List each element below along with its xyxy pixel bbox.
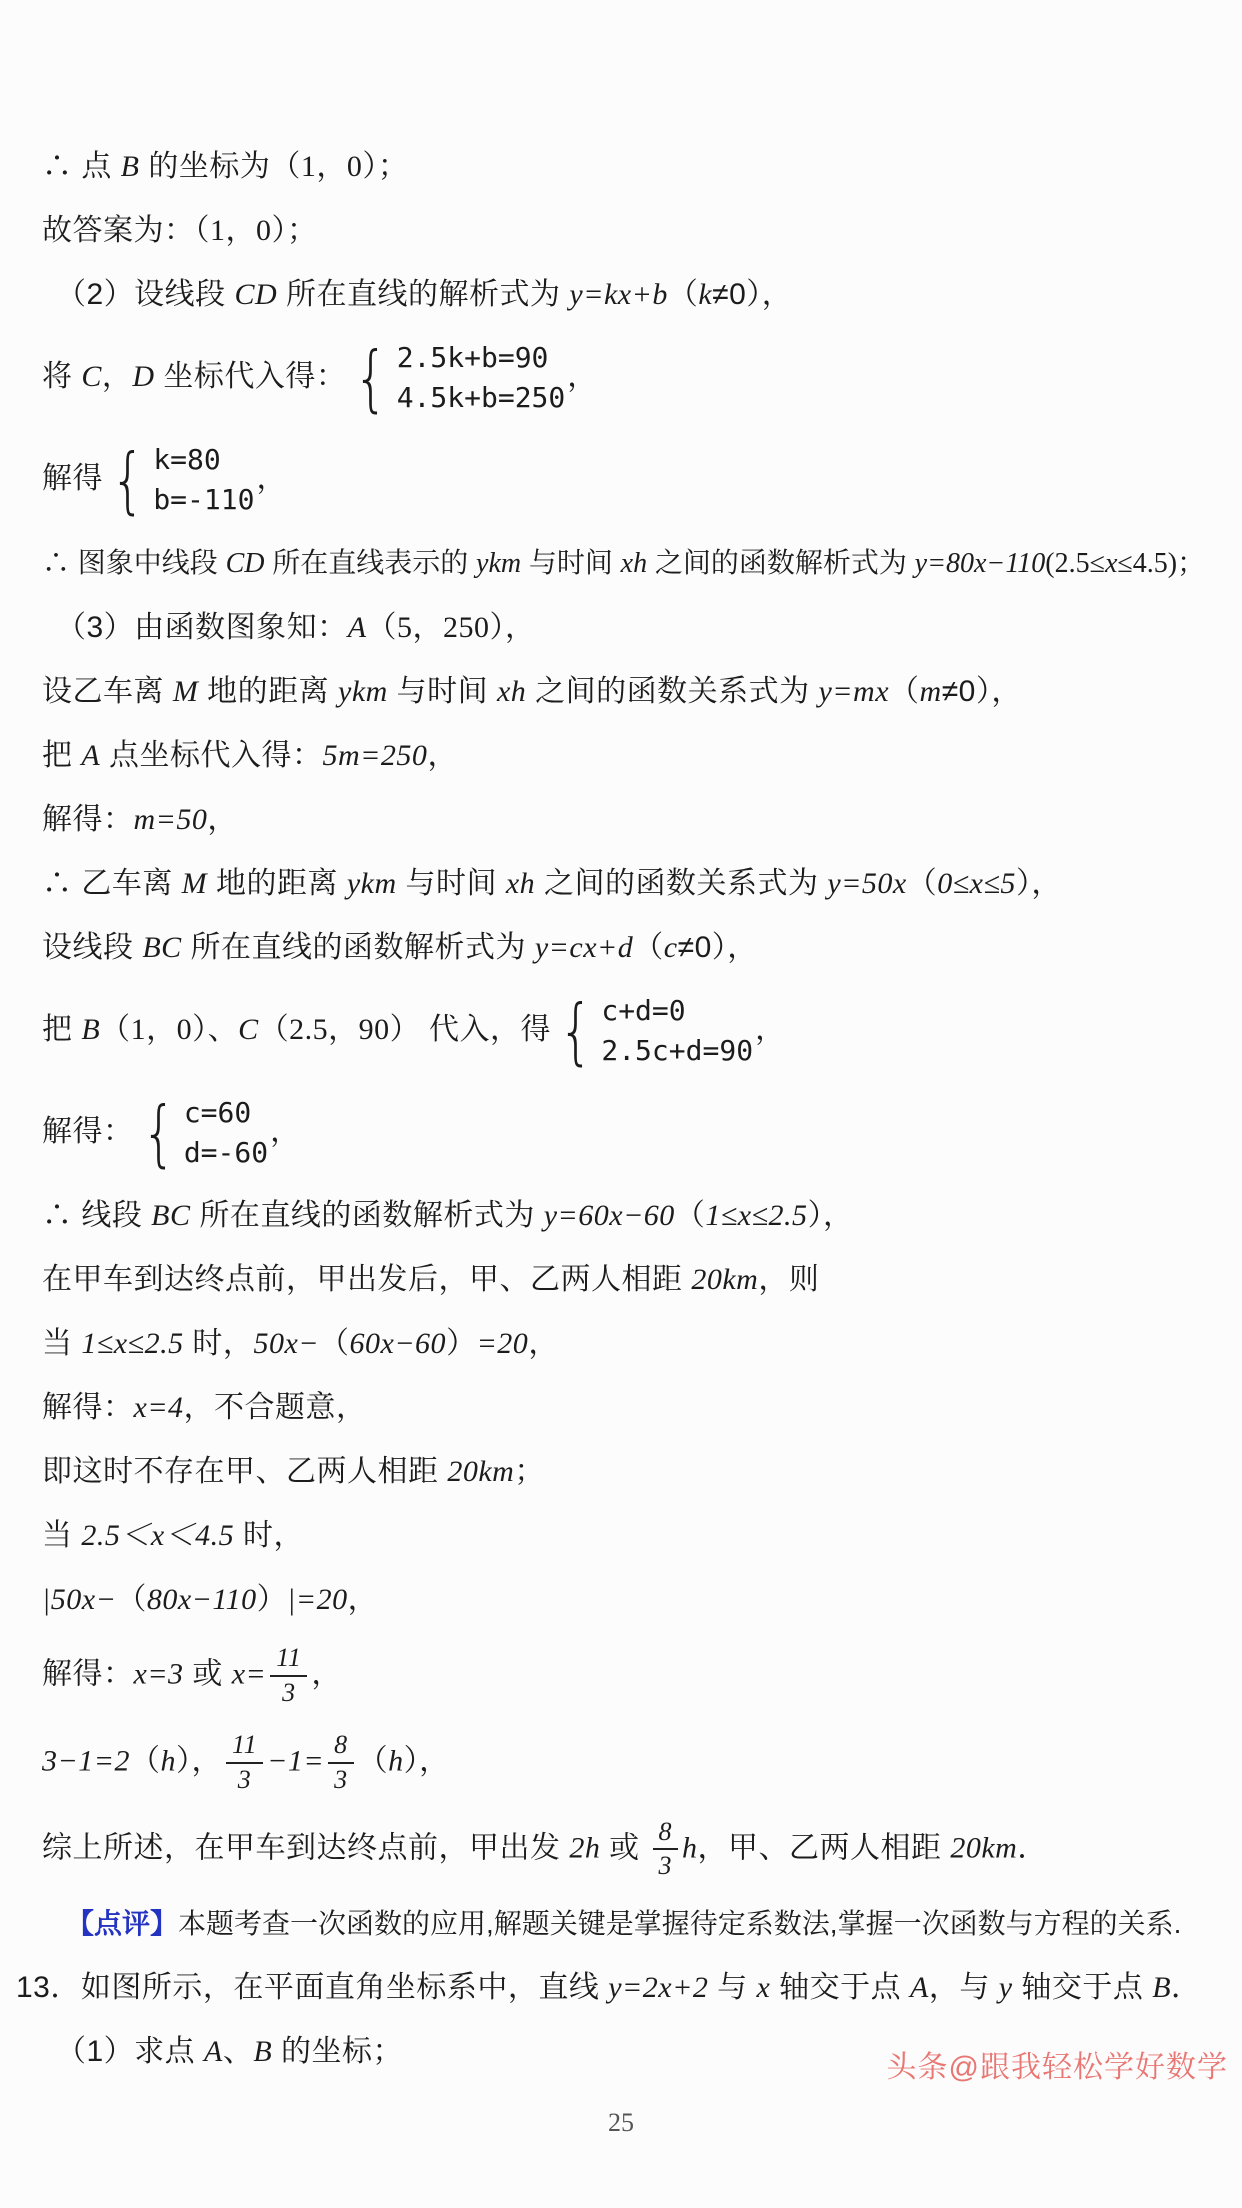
math-text: A (910, 1971, 929, 2004)
text-segment: ∴ 线段 (42, 1199, 151, 1232)
substitute-a: 把 A 点坐标代入得：5m=250， (42, 735, 1226, 777)
math-text: B (253, 2035, 272, 2068)
text-segment: 之间的函数关系式为 (526, 675, 818, 708)
math-text: A (204, 2035, 223, 2068)
text-segment: 解得 (42, 462, 103, 495)
text-segment: 所在直线的解析式为 (277, 278, 569, 311)
math-text: 20km (447, 1455, 514, 1488)
text-segment: 综上所述，在甲车到达终点前，甲出发 (42, 1831, 569, 1864)
math-fraction: 83 (328, 1730, 354, 1795)
distance-condition: 在甲车到达终点前，甲出发后，甲、乙两人相距 20km，则 (42, 1259, 1226, 1301)
text-segment: ． (1171, 1971, 1202, 2004)
math-text: ykm (347, 867, 397, 900)
solve-m: 解得：m=50， (42, 799, 1226, 841)
equation-system: {k=80b=-110 (105, 440, 254, 520)
text-segment: 的坐标； (272, 2035, 403, 2068)
equation-rows: c=60d=-60 (184, 1094, 268, 1172)
text-segment: 时， (234, 1519, 304, 1552)
text-segment: 与时间 (521, 547, 621, 578)
math-text: |50x− (42, 1583, 116, 1616)
case2-equation: |50x−（80x−110）|=20， (42, 1579, 1226, 1621)
text-segment: 本题考查一次函数的应用,解题关键是掌握待定系数法,掌握一次函数与方程的关系. (178, 1908, 1181, 1939)
math-text: D (132, 360, 154, 393)
equation-row: 4.5k+b=250 (397, 379, 566, 417)
equation-row: c=60 (184, 1094, 268, 1132)
text-segment: （ (675, 1199, 706, 1232)
left-brace: { (141, 1093, 176, 1173)
text-segment: ； (287, 214, 318, 247)
equation-row: c+d=0 (601, 992, 753, 1030)
text-segment: （ (907, 867, 938, 900)
math-text: BC (151, 1199, 190, 1232)
math-text: C (81, 360, 102, 393)
case1-equation: 当 1≤x≤2.5 时，50x−（60x−60）=20， (42, 1323, 1226, 1365)
fraction-denominator: 3 (328, 1764, 354, 1795)
text-segment: ， (102, 360, 133, 393)
fraction-denominator: 3 (270, 1677, 307, 1708)
text-segment: 代入，得 (420, 1013, 551, 1046)
math-text: k (698, 278, 712, 311)
text-segment: 之间的函数解析式为 (647, 547, 915, 578)
text-segment: 解得： (42, 1657, 134, 1690)
text-segment: （ (889, 675, 920, 708)
math-text: B (121, 150, 140, 183)
text-segment: ，不合题意， (184, 1391, 367, 1424)
text-segment: ，甲、乙两人相距 (698, 1831, 951, 1864)
text-segment: (2.5≤ (1045, 548, 1105, 579)
text-segment: （5，250） (367, 611, 506, 644)
math-text: 2.5＜x＜4.5 (81, 1519, 234, 1552)
text-segment: 地的距离 (207, 867, 347, 900)
math-text: y=kx+b (569, 278, 667, 311)
equation-row: 2.5c+d=90 (601, 1032, 753, 1070)
math-text: xh (506, 867, 535, 900)
text-segment: ）， (1016, 867, 1062, 900)
equation-system: {c+d=02.5c+d=90 (553, 991, 753, 1071)
math-text: 80x−110 (147, 1583, 257, 1616)
substitute-cd: 将 C，D 坐标代入得：{2.5k+b=904.5k+b=250， (42, 338, 1226, 418)
text-segment: ）， (808, 1199, 854, 1232)
conclusion-point-b: ∴ 点 B 的坐标为（1，0）； (42, 146, 1226, 188)
math-text: =20 (477, 1327, 529, 1360)
math-text: B (1152, 1971, 1171, 2004)
text-segment: ； (378, 150, 409, 183)
fraction-denominator: 3 (653, 1850, 679, 1881)
math-text: x= (232, 1657, 267, 1690)
fraction-numerator: 11 (270, 1643, 307, 1677)
text-segment: ） (446, 1327, 477, 1360)
text-segment: （ (130, 1744, 161, 1777)
text-segment: ≠0）， (942, 675, 1022, 708)
text-segment: （1，0） (195, 214, 288, 247)
math-text: B (81, 1013, 100, 1046)
math-text: 0≤x≤5 (937, 867, 1016, 900)
case2-condition: 当 2.5＜x＜4.5 时， (42, 1515, 1226, 1557)
math-text: ykm (338, 675, 388, 708)
math-text: h (161, 1744, 177, 1777)
solve-kb: 解得{k=80b=-110， (42, 440, 1226, 520)
math-text: BC (142, 931, 181, 964)
text-segment: 所在直线的函数解析式为 (182, 931, 535, 964)
text-segment: 地的距离 (198, 675, 338, 708)
text-segment: 之间的函数关系式为 (535, 867, 827, 900)
substitute-bc: 把 B（1，0）、C（2.5，90） 代入，得{c+d=02.5c+d=90， (42, 991, 1226, 1071)
math-text: ykm (476, 548, 521, 579)
cd-function-conclusion: ∴ 图象中线段 CD 所在直线表示的 ykm 与时间 xh 之间的函数解析式为 … (42, 542, 1226, 585)
math-text: xh (497, 675, 526, 708)
text-segment: 当 (42, 1327, 81, 1360)
bc-setup: 设线段 BC 所在直线的函数解析式为 y=cx+d（c≠0）， (42, 927, 1226, 969)
math-text: 3−1=2 (42, 1744, 130, 1777)
math-text: h (388, 1744, 404, 1777)
text-segment: 将 (42, 360, 81, 393)
text-segment: 轴交于点 (1013, 1971, 1153, 2004)
math-text: M (182, 867, 208, 900)
math-text: y=cx+d (535, 931, 633, 964)
text-segment: ∴ 点 (42, 150, 121, 183)
text-segment: ，与 (929, 1971, 999, 2004)
text-segment: 与时间 (397, 867, 506, 900)
math-text: 1≤x≤2.5 (81, 1327, 183, 1360)
math-text: y (999, 1971, 1013, 2004)
equation-row: 2.5k+b=90 (397, 339, 566, 377)
math-fraction: 83 (653, 1817, 679, 1882)
math-text: C (238, 1013, 259, 1046)
text-segment: ； (1177, 547, 1205, 578)
equation-row: d=-60 (184, 1134, 268, 1172)
text-segment: 在甲车到达终点前，甲出发后，甲、乙两人相距 (42, 1263, 691, 1296)
text-segment: ， (567, 360, 598, 393)
text-segment: ） (257, 1583, 288, 1616)
text-segment: 设乙车离 (42, 675, 173, 708)
math-text: xh (621, 548, 647, 579)
text-segment: ≤4.5) (1117, 548, 1177, 579)
equation-rows: k=80b=-110 (153, 441, 254, 519)
text-segment: ， (505, 611, 536, 644)
math-text: x=3 (134, 1657, 184, 1690)
case2-solution: 解得：x=3 或 x=113， (42, 1643, 1226, 1708)
math-text: 1≤x≤2.5 (705, 1199, 807, 1232)
math-text: c (664, 931, 678, 964)
comment-line: 【点评】本题考查一次函数的应用,解题关键是掌握待定系数法,掌握一次函数与方程的关… (42, 1903, 1226, 1945)
final-conclusion: 综上所述，在甲车到达终点前，甲出发 2h 或 83h，甲、乙两人相距 20km． (42, 1817, 1226, 1882)
text-segment: 所在直线的函数解析式为 (191, 1199, 544, 1232)
text-segment: （ (633, 931, 664, 964)
bc-function-conclusion: ∴ 线段 BC 所在直线的函数解析式为 y=60x−60（1≤x≤2.5）， (42, 1195, 1226, 1237)
text-segment: 与时间 (388, 675, 497, 708)
text-segment: 与 (708, 1971, 756, 2004)
text-segment: ）， (176, 1744, 222, 1777)
text-segment: 把 (42, 1013, 81, 1046)
math-text: m=50 (134, 803, 208, 836)
yi-function-conclusion: ∴ 乙车离 M 地的距离 ykm 与时间 xh 之间的函数关系式为 y=50x（… (42, 863, 1226, 905)
left-brace: { (559, 991, 594, 1071)
math-text: A (81, 739, 100, 772)
text-segment: 解得： (42, 1391, 134, 1424)
math-text: y=60x−60 (544, 1199, 675, 1232)
problem-13: 13．如图所示，在平面直角坐标系中，直线 y=2x+2 与 x 轴交于点 A，与… (16, 1967, 1226, 2009)
math-text: M (173, 675, 199, 708)
text-segment: ）， (404, 1744, 450, 1777)
left-brace: { (354, 338, 389, 418)
text-segment: 轴交于点 (770, 1971, 910, 2004)
time-calculation: 3−1=2（h），113−1=83（h）， (42, 1730, 1226, 1795)
text-segment: 或 (184, 1657, 232, 1690)
text-segment: ∴ 乙车离 (42, 867, 182, 900)
page-number: 25 (0, 2108, 1242, 2138)
text-segment: 故答案为： (42, 214, 195, 247)
math-text: y=50x (827, 867, 906, 900)
text-segment: （ (668, 278, 699, 311)
text-segment: 所在直线表示的 (264, 547, 476, 578)
math-text: x (1105, 548, 1117, 579)
math-text: 2h (569, 1831, 600, 1864)
text-segment: ， (427, 739, 458, 772)
text-segment: ≠0）， (712, 278, 792, 311)
math-text: 20km (950, 1831, 1017, 1864)
text-segment: （2）设线段 (56, 278, 235, 311)
text-segment: ≠0）， (678, 931, 758, 964)
text-segment: ，则 (758, 1263, 819, 1296)
text-segment: 13．如图所示，在平面直角坐标系中，直线 (16, 1971, 608, 2004)
equation-system: {c=60d=-60 (136, 1093, 269, 1173)
text-segment: 把 (42, 739, 81, 772)
solution-text-body: ∴ 点 B 的坐标为（1，0）；故答案为：（1，0）；（2）设线段 CD 所在直… (0, 146, 1242, 2095)
text-segment: ． (1017, 1831, 1048, 1864)
text-segment: ， (256, 462, 287, 495)
fraction-numerator: 8 (328, 1730, 354, 1764)
text-segment: ， (207, 803, 238, 836)
text-segment: ∴ 图象中线段 (42, 547, 226, 578)
answer-line: 故答案为：（1，0）； (42, 210, 1226, 252)
fraction-numerator: 11 (226, 1730, 263, 1764)
math-text: CD (226, 548, 265, 579)
math-text: 60x−60 (350, 1327, 447, 1360)
text-segment: ， (348, 1583, 379, 1616)
text-segment: （ (319, 1327, 350, 1360)
document-page: ∴ 点 B 的坐标为（1，0）；故答案为：（1，0）；（2）设线段 CD 所在直… (0, 0, 1242, 2208)
part3-setup: （3）由函数图象知：A（5，250）， (42, 607, 1226, 649)
text-segment: 点坐标代入得： (100, 739, 322, 772)
yi-function-setup: 设乙车离 M 地的距离 ykm 与时间 xh 之间的函数关系式为 y=mx（m≠… (42, 671, 1226, 713)
text-segment: 设线段 (42, 931, 142, 964)
math-text: x=4 (134, 1391, 184, 1424)
text-segment: 、 (208, 1013, 239, 1046)
watermark: 头条@跟我轻松学好数学 (887, 2042, 1228, 2086)
text-segment: 时， (184, 1327, 254, 1360)
text-segment: ， (270, 1115, 301, 1148)
math-text: h (682, 1831, 698, 1864)
text-segment: （1）求点 (56, 2035, 204, 2068)
math-text: y=80x−110 (915, 548, 1046, 579)
math-text: y=2x+2 (608, 1971, 708, 2004)
math-fraction: 113 (226, 1730, 263, 1795)
text-segment: ； (514, 1455, 545, 1488)
text-segment: 坐标代入得： (155, 360, 347, 393)
left-brace: { (111, 440, 146, 520)
text-segment: ， (311, 1657, 342, 1690)
text-segment: （ (358, 1744, 389, 1777)
part2-setup: （2）设线段 CD 所在直线的解析式为 y=kx+b（k≠0）， (42, 274, 1226, 316)
text-segment: （2.5，90） (259, 1013, 421, 1046)
math-text: −1= (267, 1744, 324, 1777)
math-text: 5m=250 (323, 739, 428, 772)
equation-row: b=-110 (153, 481, 254, 519)
text-segment: 当 (42, 1519, 81, 1552)
text-segment: 解得： (42, 1115, 134, 1148)
equation-row: k=80 (153, 441, 254, 479)
text-segment: （1，0） (100, 1013, 208, 1046)
text-segment: ， (528, 1327, 559, 1360)
text-segment: （1，0） (270, 150, 378, 183)
equation-system: {2.5k+b=904.5k+b=250 (348, 338, 565, 418)
case1-conclusion: 即这时不存在甲、乙两人相距 20km； (42, 1451, 1226, 1493)
comment-label: 【点评】 (66, 1908, 178, 1939)
solve-cd: 解得：{c=60d=-60， (42, 1093, 1226, 1173)
math-text: m (920, 675, 942, 708)
math-text: |=20 (287, 1583, 348, 1616)
case1-solution: 解得：x=4，不合题意， (42, 1387, 1226, 1429)
text-segment: 解得： (42, 803, 134, 836)
text-segment: 即这时不存在甲、乙两人相距 (42, 1455, 447, 1488)
equation-rows: 2.5k+b=904.5k+b=250 (397, 339, 566, 417)
equation-rows: c+d=02.5c+d=90 (601, 992, 753, 1070)
math-text: y=mx (818, 675, 889, 708)
text-segment: 或 (600, 1831, 648, 1864)
text-segment: 的坐标为 (140, 150, 271, 183)
math-text: CD (235, 278, 278, 311)
text-segment: （ (116, 1583, 147, 1616)
math-text: 50x− (253, 1327, 319, 1360)
math-text: 20km (691, 1263, 758, 1296)
math-fraction: 113 (270, 1643, 307, 1708)
math-text: A (348, 611, 367, 644)
fraction-numerator: 8 (653, 1817, 679, 1851)
text-segment: 、 (223, 2035, 254, 2068)
math-text: x (757, 1971, 771, 2004)
text-segment: ， (755, 1013, 786, 1046)
text-segment: （3）由函数图象知： (56, 611, 348, 644)
fraction-denominator: 3 (226, 1764, 263, 1795)
